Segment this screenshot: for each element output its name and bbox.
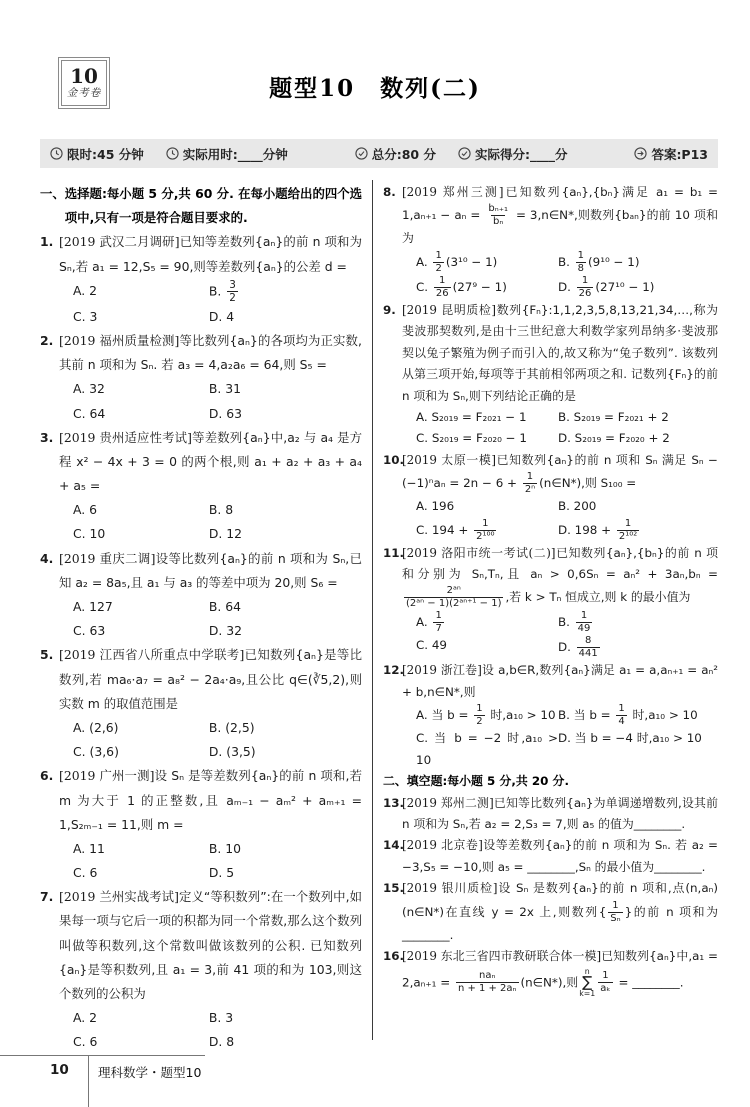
numerator: 1 <box>579 610 589 622</box>
option: B. (2,5) <box>209 716 362 740</box>
question-number: 16. <box>383 946 404 967</box>
question-stem: [2019 东北三省四市教研联合体一模]已知数列{aₙ}中,a₁ = 2,aₙ₊… <box>402 946 718 997</box>
numerator: 8 <box>583 635 593 647</box>
option: D. 12 <box>209 522 362 546</box>
question-number: 11. <box>383 543 404 564</box>
numerator: 1 <box>474 703 484 715</box>
option: C. 当 b = −2 时,a₁₀ > 10 <box>416 728 558 771</box>
option: B. 64 <box>209 595 362 619</box>
numerator: 1 <box>525 471 535 483</box>
question-stem: [2019 兰州实战考试]定义“等积数列”:在一个数列中,如果每一项与它后一项的… <box>59 885 362 1006</box>
fraction: 149 <box>576 610 593 635</box>
option: B. S₂₀₁₉ = F₂₀₂₁ + 2 <box>558 407 718 428</box>
option: B. 8 <box>209 498 362 522</box>
question-7: 7.[2019 兰州实战考试]定义“等积数列”:在一个数列中,如果每一项与它后一… <box>40 885 362 1050</box>
fraction: bₙ₊₁bₙ <box>486 203 510 228</box>
question-source: [2019 福州质量检测] <box>59 333 179 348</box>
question-9: 9.[2019 昆明质检]数列{Fₙ}:1,1,2,3,5,8,13,21,34… <box>383 300 718 450</box>
book-label: 理科数学・题型10 <box>98 1063 201 1081</box>
option: A. 12(3¹⁰ − 1) <box>416 250 558 275</box>
time-limit-label: 限时:45 分钟 <box>67 145 144 163</box>
question-number: 3. <box>40 426 53 450</box>
total-score-label: 总分:80 分 <box>372 145 436 163</box>
question-6: 6.[2019 广州一测]设 Sₙ 是等差数列{aₙ}的前 n 项和,若 m 为… <box>40 764 362 885</box>
option: A. 196 <box>416 496 558 517</box>
option: D. 126(27¹⁰ − 1) <box>558 275 718 300</box>
denominator: bₙ <box>491 215 505 228</box>
denominator: 2 <box>433 262 443 275</box>
question-stem: [2019 广州一测]设 Sₙ 是等差数列{aₙ}的前 n 项和,若 m 为大于… <box>59 764 362 837</box>
options: A. 6B. 8C. 10D. 12 <box>73 498 362 546</box>
option: A. 17 <box>416 610 558 635</box>
denominator: n + 1 + 2aₙ <box>456 982 519 995</box>
exam-page: 10 金考卷 题型10 数列(二) 限时:45 分钟 实际用时:____分钟 总… <box>0 0 750 1107</box>
question-12: 12.[2019 浙江卷]设 a,b∈R,数列{aₙ}满足 a₁ = a,aₙ₊… <box>383 660 718 771</box>
denominator: 2 <box>474 715 484 728</box>
option: A. 2 <box>73 279 209 305</box>
fraction: 1aₖ <box>598 970 612 995</box>
denominator: 2ⁿ <box>523 483 537 496</box>
numerator: 1 <box>623 518 633 530</box>
question-source: [2019 重庆二调] <box>59 551 155 566</box>
page-title: 题型10 数列(二) <box>0 70 750 103</box>
fraction: 12¹⁰⁰ <box>474 518 496 543</box>
clock-icon <box>166 147 179 160</box>
question-source: [2019 北京卷] <box>402 838 483 852</box>
option: A. S₂₀₁₉ = F₂₀₂₁ − 1 <box>416 407 558 428</box>
question-number: 9. <box>383 300 396 321</box>
question-source: [2019 江西省八所重点中学联考] <box>59 647 244 662</box>
option: A. 32 <box>73 377 209 401</box>
question-stem: [2019 郑州二测]已知等比数列{aₙ}为单调递增数列,设其前 n 项和为 S… <box>402 793 718 836</box>
options: A. 196B. 200C. 194 + 12¹⁰⁰D. 198 + 12¹⁰² <box>416 496 718 542</box>
question-stem: [2019 郑州三测]已知数列{aₙ},{bₙ}满足 a₁ = b₁ = 1,a… <box>402 182 718 250</box>
question-number: 13. <box>383 793 404 814</box>
question-15: 15.[2019 银川质检]设 Sₙ 是数列{aₙ}的前 n 项和,点(n,aₙ… <box>383 878 718 946</box>
question-number: 5. <box>40 643 53 667</box>
info-item-actual-time: 实际用时:____分钟 <box>166 145 288 163</box>
question-stem: [2019 福州质量检测]等比数列{aₙ}的各项均为正实数,其前 n 项和为 S… <box>59 329 362 377</box>
denominator: Sₙ <box>608 912 622 925</box>
fraction: 18 <box>576 250 586 275</box>
question-number: 8. <box>383 182 396 203</box>
question-source: [2019 昆明质检] <box>402 303 496 317</box>
option: A. 6 <box>73 498 209 522</box>
question-source: [2019 郑州三测] <box>402 185 503 199</box>
question-number: 4. <box>40 547 53 571</box>
option: D. 32 <box>209 619 362 643</box>
question-stem: [2019 贵州适应性考试]等差数列{aₙ}中,a₂ 与 a₄ 是方程 x² −… <box>59 426 362 499</box>
question-stem: [2019 重庆二调]设等比数列{aₙ}的前 n 项和为 Sₙ,已知 a₂ = … <box>59 547 362 595</box>
options: A. 32B. 31C. 64D. 63 <box>73 377 362 425</box>
numerator: bₙ₊₁ <box>486 203 510 215</box>
option: B. 当 b = 14 时,a₁₀ > 10 <box>558 703 718 728</box>
sigma-symbol: ∑ <box>582 975 592 989</box>
denominator: 49 <box>576 622 593 635</box>
footer-divider <box>88 1055 89 1107</box>
question-source: [2019 银川质检] <box>402 881 498 895</box>
option: C. 6 <box>73 861 209 885</box>
option: B. 10 <box>209 837 362 861</box>
option: D. 5 <box>209 861 362 885</box>
denominator: 26 <box>434 287 451 300</box>
answer-ref-label: 答案:P13 <box>651 145 708 163</box>
numerator: 2ᵃⁿ <box>445 585 463 597</box>
info-item-actual-score: 实际得分:____分 <box>458 145 568 163</box>
question-source: [2019 太原一模] <box>402 453 496 467</box>
fraction: 126 <box>434 275 451 300</box>
options: A. (2,6)B. (2,5)C. (3,6)D. (3,5) <box>73 716 362 764</box>
numerator: 1 <box>433 610 443 622</box>
option: A. 11 <box>73 837 209 861</box>
option: B. 18(9¹⁰ − 1) <box>558 250 718 275</box>
question-source: [2019 广州一测] <box>59 768 154 783</box>
denominator: (2ᵃⁿ − 1)(2ᵃⁿ⁺¹ − 1) <box>404 597 503 610</box>
option: A. 127 <box>73 595 209 619</box>
answer-arrow-icon <box>634 147 647 160</box>
option: D. 63 <box>209 402 362 426</box>
question-number: 2. <box>40 329 53 353</box>
question-number: 15. <box>383 878 404 899</box>
question-number: 12. <box>383 660 404 681</box>
option: C. 64 <box>73 402 209 426</box>
fraction: 12ⁿ <box>523 471 537 496</box>
options: A. 2B. 3C. 6D. 8 <box>73 1006 362 1050</box>
clock-icon <box>50 147 63 160</box>
info-item-answer: 答案:P13 <box>634 145 708 163</box>
question-10: 10.[2019 太原一模]已知数列{aₙ}的前 n 项和 Sₙ 满足 Sₙ −… <box>383 450 718 543</box>
option: D. (3,5) <box>209 740 362 764</box>
question-source: [2019 浙江卷] <box>402 663 482 677</box>
options: A. 12(3¹⁰ − 1)B. 18(9¹⁰ − 1)C. 126(27⁹ −… <box>416 250 718 300</box>
option: B. 32 <box>209 279 362 305</box>
numerator: 1 <box>616 703 626 715</box>
question-stem: [2019 昆明质检]数列{Fₙ}:1,1,2,3,5,8,13,21,34,…… <box>402 300 718 407</box>
option: A. 2 <box>73 1006 209 1030</box>
option: C. 63 <box>73 619 209 643</box>
question-number: 1. <box>40 230 53 254</box>
option: C. 194 + 12¹⁰⁰ <box>416 518 558 543</box>
option: D. 4 <box>209 305 362 329</box>
question-source: [2019 东北三省四市教研联合体一模] <box>402 949 601 963</box>
question-stem: [2019 江西省八所重点中学联考]已知数列{aₙ}是等比数列,若 ma₆·a₇… <box>59 643 362 716</box>
fraction: 1Sₙ <box>608 900 622 925</box>
question-3: 3.[2019 贵州适应性考试]等差数列{aₙ}中,a₂ 与 a₄ 是方程 x²… <box>40 426 362 547</box>
options: A. 11B. 10C. 6D. 5 <box>73 837 362 885</box>
question-stem: [2019 浙江卷]设 a,b∈R,数列{aₙ}满足 a₁ = a,aₙ₊₁ =… <box>402 660 718 703</box>
fraction: 126 <box>577 275 594 300</box>
question-13: 13.[2019 郑州二测]已知等比数列{aₙ}为单调递增数列,设其前 n 项和… <box>383 793 718 836</box>
option: B. 31 <box>209 377 362 401</box>
denominator: 2 <box>227 291 238 305</box>
fraction: 12 <box>474 703 484 728</box>
option: D. 8441 <box>558 635 718 660</box>
option: A. (2,6) <box>73 716 209 740</box>
check-circle-icon <box>355 147 368 160</box>
question-source: [2019 兰州实战考试] <box>59 889 179 904</box>
denominator: aₖ <box>598 982 612 995</box>
option: D. 8 <box>209 1030 362 1050</box>
question-source: [2019 武汉二月调研] <box>59 234 180 249</box>
info-item-total-score: 总分:80 分 <box>355 145 436 163</box>
fraction: 12¹⁰² <box>617 518 639 543</box>
option: C. 6 <box>73 1030 209 1050</box>
option: B. 200 <box>558 496 718 517</box>
fraction: naₙn + 1 + 2aₙ <box>456 970 519 995</box>
denominator: 26 <box>577 287 594 300</box>
denominator: 2¹⁰² <box>617 530 639 543</box>
info-bar: 限时:45 分钟 实际用时:____分钟 总分:80 分 实际得分:____分 … <box>40 139 718 168</box>
column-divider <box>372 180 373 1040</box>
question-stem: [2019 太原一模]已知数列{aₙ}的前 n 项和 Sₙ 满足 Sₙ − (−… <box>402 450 718 496</box>
denominator: 441 <box>577 647 600 660</box>
numerator: naₙ <box>477 970 497 982</box>
question-stem: [2019 武汉二月调研]已知等差数列{aₙ}的前 n 项和为 Sₙ,若 a₁ … <box>59 230 362 278</box>
numerator: 1 <box>600 970 610 982</box>
sum-lower-limit: k=1 <box>579 990 595 998</box>
fraction: 8441 <box>577 635 600 660</box>
question-1: 1.[2019 武汉二月调研]已知等差数列{aₙ}的前 n 项和为 Sₙ,若 a… <box>40 230 362 329</box>
question-source: [2019 贵州适应性考试] <box>59 430 192 445</box>
denominator: 4 <box>616 715 626 728</box>
check-circle-icon <box>458 147 471 160</box>
question-4: 4.[2019 重庆二调]设等比数列{aₙ}的前 n 项和为 Sₙ,已知 a₂ … <box>40 547 362 644</box>
section-heading: 二、填空题:每小题 5 分,共 20 分. <box>383 771 718 792</box>
question-number: 14. <box>383 835 404 856</box>
question-16: 16.[2019 东北三省四市教研联合体一模]已知数列{aₙ}中,a₁ = 2,… <box>383 946 718 997</box>
question-source: [2019 郑州二测] <box>402 796 494 810</box>
option: C. (3,6) <box>73 740 209 764</box>
option: C. 3 <box>73 305 209 329</box>
question-stem: [2019 银川质检]设 Sₙ 是数列{aₙ}的前 n 项和,点(n,aₙ)(n… <box>402 878 718 946</box>
numerator: 1 <box>576 250 586 262</box>
footer-rule <box>0 1055 205 1056</box>
numerator: 1 <box>437 275 447 287</box>
denominator: 2¹⁰⁰ <box>474 530 496 543</box>
denominator: 7 <box>433 622 443 635</box>
question-source: [2019 洛阳市统一考试(二)] <box>402 546 556 560</box>
numerator: 1 <box>580 275 590 287</box>
option: C. 126(27⁹ − 1) <box>416 275 558 300</box>
question-number: 10. <box>383 450 404 471</box>
option: A. 当 b = 12 时,a₁₀ > 10 <box>416 703 558 728</box>
page-number: 10 <box>50 1062 69 1078</box>
option: B. 149 <box>558 610 718 635</box>
numerator: 1 <box>433 250 443 262</box>
fraction: 17 <box>433 610 443 635</box>
question-11: 11.[2019 洛阳市统一考试(二)]已知数列{aₙ},{bₙ}的前 n 项和… <box>383 543 718 661</box>
question-8: 8.[2019 郑州三测]已知数列{aₙ},{bₙ}满足 a₁ = b₁ = 1… <box>383 182 718 300</box>
actual-time-label: 实际用时:____分钟 <box>183 145 288 163</box>
actual-score-label: 实际得分:____分 <box>475 145 568 163</box>
numerator: 3 <box>227 279 238 292</box>
option: C. S₂₀₁₉ = F₂₀₂₀ − 1 <box>416 428 558 449</box>
section-heading: 一、选择题:每小题 5 分,共 60 分. 在每小题给出的四个选项中,只有一项是… <box>40 182 362 230</box>
info-item-time-limit: 限时:45 分钟 <box>50 145 144 163</box>
option: D. 198 + 12¹⁰² <box>558 518 718 543</box>
fraction: 32 <box>227 279 238 305</box>
numerator: 1 <box>610 900 620 912</box>
fraction: 12 <box>433 250 443 275</box>
option: D. 当 b = −4 时,a₁₀ > 10 <box>558 728 718 771</box>
summation: n∑k=1 <box>579 968 595 998</box>
option: B. 3 <box>209 1006 362 1030</box>
question-2: 2.[2019 福州质量检测]等比数列{aₙ}的各项均为正实数,其前 n 项和为… <box>40 329 362 426</box>
numerator: 1 <box>480 518 490 530</box>
question-number: 6. <box>40 764 53 788</box>
fraction: 14 <box>616 703 626 728</box>
fraction: 2ᵃⁿ(2ᵃⁿ − 1)(2ᵃⁿ⁺¹ − 1) <box>404 585 503 610</box>
options: A. S₂₀₁₉ = F₂₀₂₁ − 1B. S₂₀₁₉ = F₂₀₂₁ + 2… <box>416 407 718 450</box>
options: A. 127B. 64C. 63D. 32 <box>73 595 362 643</box>
denominator: 8 <box>576 262 586 275</box>
question-14: 14.[2019 北京卷]设等差数列{aₙ}的前 n 项和为 Sₙ. 若 a₂ … <box>383 835 718 878</box>
question-5: 5.[2019 江西省八所重点中学联考]已知数列{aₙ}是等比数列,若 ma₆·… <box>40 643 362 764</box>
options: A. 17B. 149C. 49D. 8441 <box>416 610 718 660</box>
options: A. 当 b = 12 时,a₁₀ > 10B. 当 b = 14 时,a₁₀ … <box>416 703 718 771</box>
option: C. 10 <box>73 522 209 546</box>
question-stem: [2019 洛阳市统一考试(二)]已知数列{aₙ},{bₙ}的前 n 项和分别为… <box>402 543 718 611</box>
options: A. 2B. 32C. 3D. 4 <box>73 279 362 329</box>
question-number: 7. <box>40 885 53 909</box>
question-stem: [2019 北京卷]设等差数列{aₙ}的前 n 项和为 Sₙ. 若 a₂ = −… <box>402 835 718 878</box>
option: D. S₂₀₁₉ = F₂₀₂₀ + 2 <box>558 428 718 449</box>
right-column: 8.[2019 郑州三测]已知数列{aₙ},{bₙ}满足 a₁ = b₁ = 1… <box>383 182 718 1050</box>
option: C. 49 <box>416 635 558 660</box>
left-column: 一、选择题:每小题 5 分,共 60 分. 在每小题给出的四个选项中,只有一项是… <box>40 182 362 1050</box>
